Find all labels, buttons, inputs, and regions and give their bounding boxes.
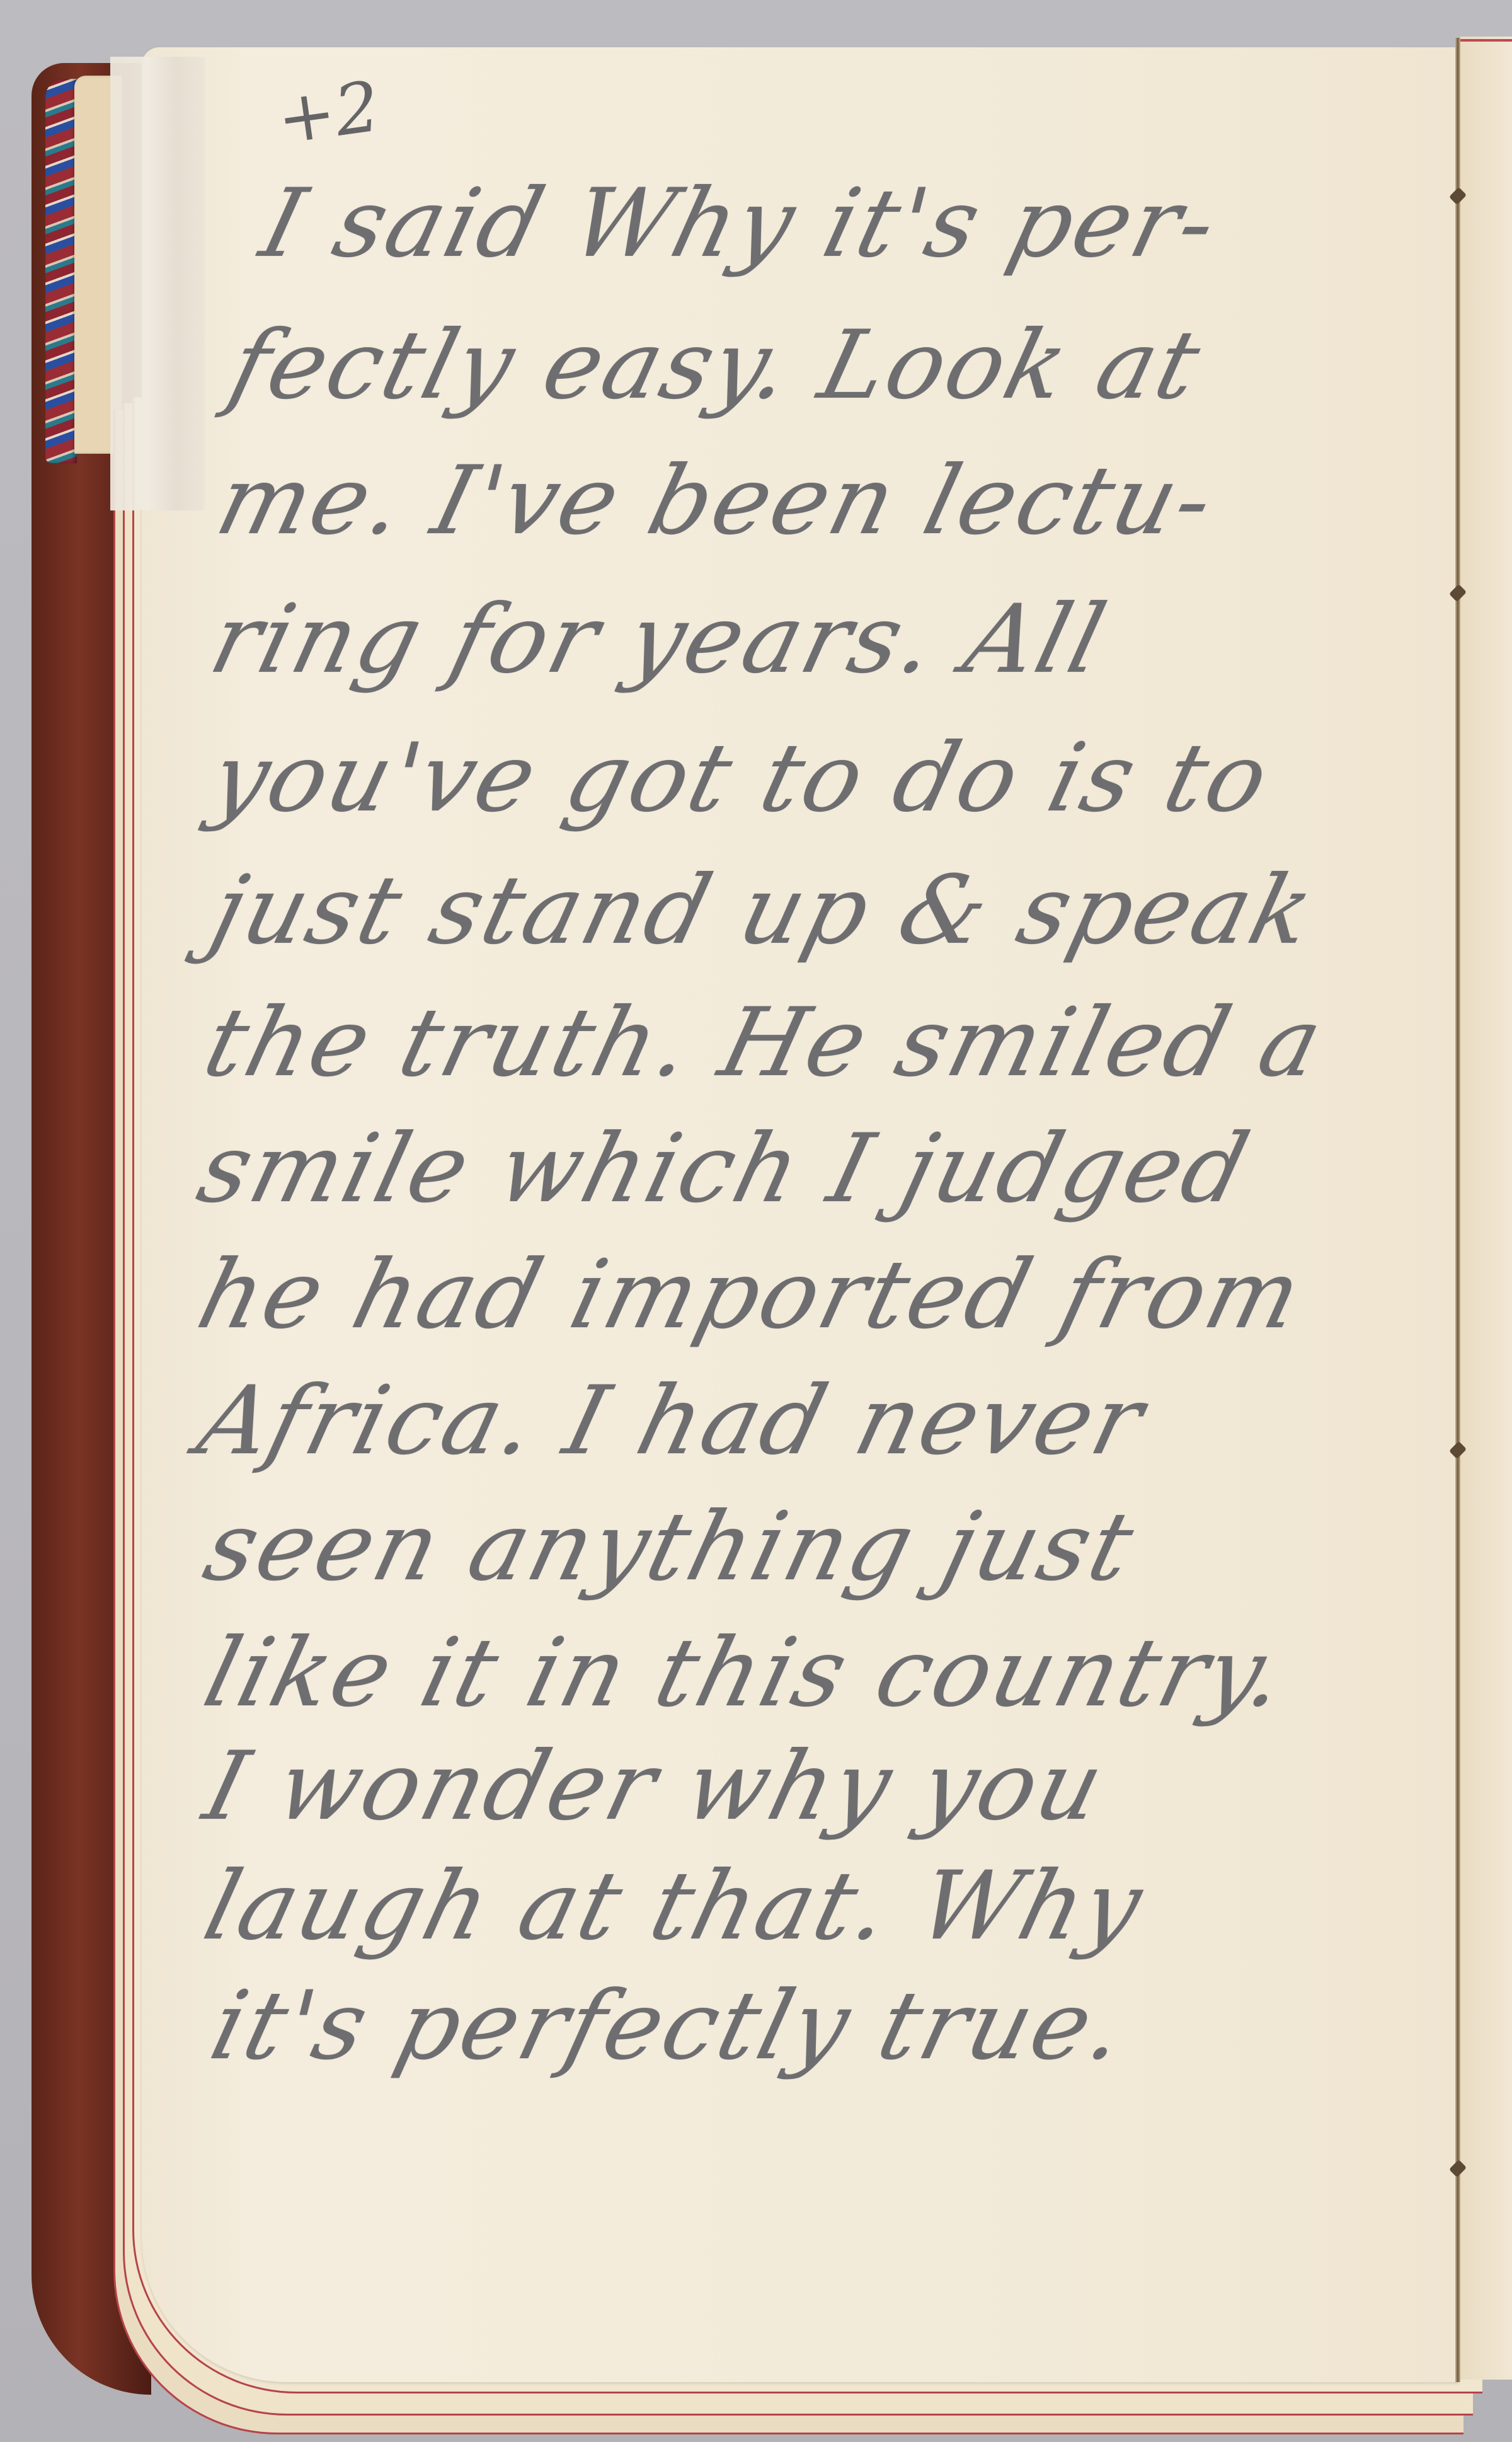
text-line: just stand up & speak — [202, 863, 1324, 958]
text-line: he had imported from — [190, 1248, 1312, 1342]
text-line: it's perfectly true. — [202, 1979, 1136, 2073]
folio-mark: +2 — [272, 66, 384, 159]
text-line: I said Why it's per- — [253, 176, 1227, 271]
text-line: smile which I judged — [190, 1122, 1259, 1216]
marbled-endpaper — [45, 79, 77, 463]
gutter — [1455, 38, 1460, 2382]
text-line: the truth. He smiled a — [196, 996, 1332, 1090]
text-line: ring for years. All — [202, 592, 1116, 687]
text-line: fectly easy. Look at — [221, 318, 1210, 413]
guard-tissue — [110, 57, 205, 510]
facing-page — [1460, 37, 1512, 2380]
text-line: me. I've been lectu- — [209, 454, 1224, 548]
text-line: you've got to do is to — [202, 731, 1279, 826]
facing-page-red-edge — [1458, 39, 1512, 42]
text-line: laugh at that. Why — [196, 1859, 1153, 1954]
text-line: I wonder why you — [196, 1739, 1114, 1834]
text-line: seen anything just — [196, 1500, 1144, 1594]
text-line: like it in this country. — [196, 1626, 1296, 1720]
text-line: Africa. I had never — [190, 1374, 1154, 1468]
